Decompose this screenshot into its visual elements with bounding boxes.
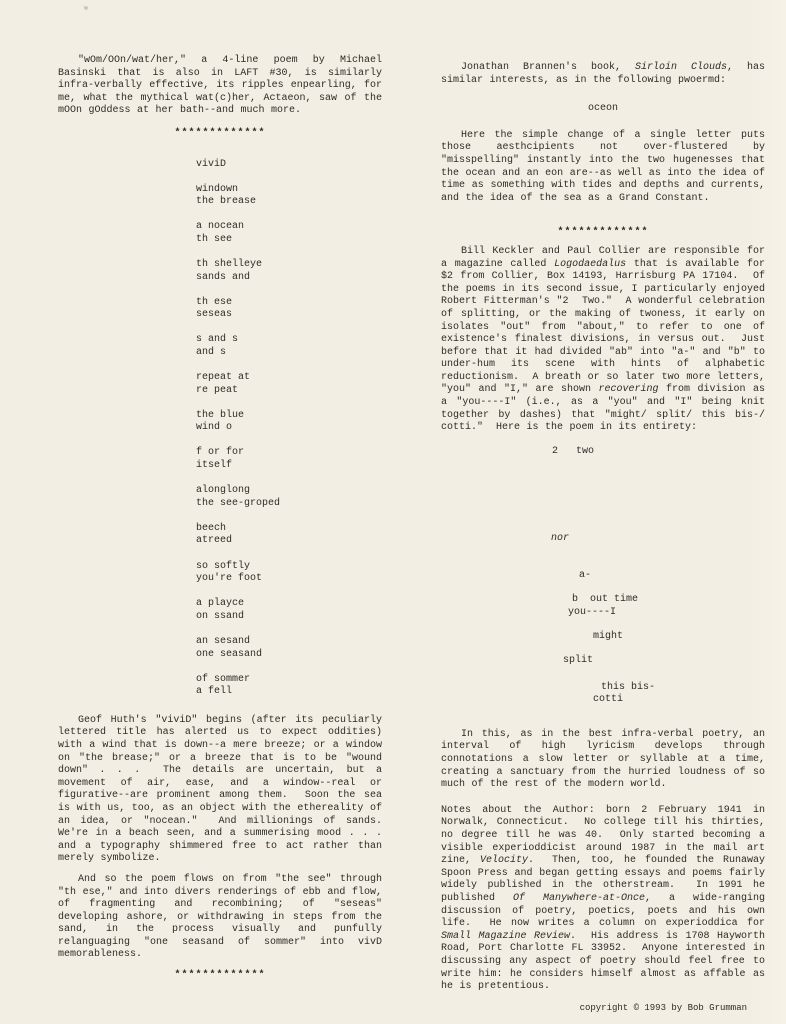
- zine-title: Velocity: [480, 855, 528, 866]
- paragraph-huth-analysis: Geof Huth's "viviD" begins (after its pe…: [58, 715, 382, 866]
- poem-stanza: repeat at re peat: [196, 372, 382, 397]
- poem-stanza: windown the brease: [196, 184, 382, 209]
- poem-line: the blue: [196, 410, 382, 423]
- poem-line: split: [563, 655, 593, 668]
- poem-line: you're foot: [196, 573, 382, 586]
- text-segment: that is available for $2 from Collier, B…: [441, 259, 772, 396]
- poem-line: itself: [196, 460, 382, 473]
- poem-line: seseas: [196, 309, 382, 322]
- poem-line: th shelleye: [196, 259, 382, 272]
- book-title: Of Manywhere-at-Once: [513, 893, 645, 904]
- poem-stanza: viviD: [196, 159, 382, 172]
- poem-line: nor: [551, 533, 569, 546]
- poem-stanza: of sommer a fell: [196, 674, 382, 699]
- paragraph-oceon-analysis: Here the simple change of a single lette…: [441, 130, 765, 206]
- poem-line: s and s: [196, 334, 382, 347]
- poem-stanza: alonglong the see-groped: [196, 485, 382, 510]
- paragraph-keckler: Bill Keckler and Paul Collier are respon…: [441, 246, 765, 435]
- poem-line: th see: [196, 234, 382, 247]
- poem-line: you----I: [568, 607, 616, 620]
- vivid-poem: viviD windown the brease a nocean th see…: [58, 159, 382, 699]
- poem-stanza: beech atreed: [196, 523, 382, 548]
- poem-line: wind o: [196, 422, 382, 435]
- poem-line: and s: [196, 347, 382, 360]
- poem-line: f or for: [196, 447, 382, 460]
- magazine-title: Small Magazine Review: [441, 931, 570, 942]
- poem-stanza: an sesand one seasand: [196, 636, 382, 661]
- poem-line: b out time: [572, 594, 638, 607]
- poem-line: re peat: [196, 385, 382, 398]
- asterisk-separator: *************: [58, 128, 382, 141]
- text-segment: Jonathan Brannen's book,: [461, 62, 635, 73]
- poem-line: cotti: [593, 694, 623, 707]
- poem-stanza: so softly you're foot: [196, 561, 382, 586]
- poem-line: th ese: [196, 297, 382, 310]
- pwoermd-oceon: oceon: [441, 103, 765, 116]
- poem-line: might: [593, 631, 623, 644]
- poem-line: on ssand: [196, 611, 382, 624]
- poem-line: a fell: [196, 686, 382, 699]
- poem-line: beech: [196, 523, 382, 536]
- poem-stanza: th shelleye sands and: [196, 259, 382, 284]
- left-column: "wOm/OOn/wat/her," a 4-line poem by Mich…: [58, 0, 382, 983]
- poem-line: repeat at: [196, 372, 382, 385]
- right-column: Jonathan Brannen's book, Sirloin Clouds,…: [441, 0, 765, 1014]
- poem-title: viviD: [196, 159, 382, 172]
- poem-stanza: s and s and s: [196, 334, 382, 359]
- poem-line: the see-groped: [196, 498, 382, 511]
- poem-line: a nocean: [196, 221, 382, 234]
- poem-line: an sesand: [196, 636, 382, 649]
- poem-line: one seasand: [196, 649, 382, 662]
- paragraph-basinski: "wOm/OOn/wat/her," a 4-line poem by Mich…: [58, 55, 382, 118]
- poem-stanza: a nocean th see: [196, 221, 382, 246]
- poem-line: of sommer: [196, 674, 382, 687]
- poem-stanza: the blue wind o: [196, 410, 382, 435]
- poem-stanza: f or for itself: [196, 447, 382, 472]
- poem-stanza: a playce on ssand: [196, 598, 382, 623]
- copyright-line: copyright © 1993 by Bob Grumman: [441, 1002, 765, 1014]
- emphasized-word: recovering: [598, 384, 658, 395]
- poem-line: so softly: [196, 561, 382, 574]
- asterisk-separator: *************: [58, 970, 382, 983]
- poem-line: the brease: [196, 196, 382, 209]
- poem-line: a playce: [196, 598, 382, 611]
- poem-line: this bis-: [601, 682, 655, 695]
- paragraph-poem-flow: And so the poem flows on from "the see" …: [58, 874, 382, 962]
- book-title: Sirloin Clouds: [635, 62, 727, 73]
- poem-line: sands and: [196, 272, 382, 285]
- two-poem: 2 two nor a- b out time you----I might s…: [441, 443, 765, 713]
- poem-line: windown: [196, 184, 382, 197]
- poem-line: atreed: [196, 535, 382, 548]
- magazine-title: Logodaedalus: [554, 259, 626, 270]
- poem-stanza: th ese seseas: [196, 297, 382, 322]
- paragraph-infraverbal: In this, as in the best infra-verbal poe…: [441, 729, 765, 792]
- paragraph-author-notes: Notes about the Author: born 2 February …: [441, 805, 765, 994]
- poem-line: alonglong: [196, 485, 382, 498]
- scanned-page: "wOm/OOn/wat/her," a 4-line poem by Mich…: [0, 0, 786, 1024]
- poem-line: a-: [579, 570, 591, 583]
- asterisk-separator: *************: [441, 227, 765, 240]
- paragraph-brannen: Jonathan Brannen's book, Sirloin Clouds,…: [441, 62, 765, 87]
- poem-title: 2 two: [552, 446, 594, 459]
